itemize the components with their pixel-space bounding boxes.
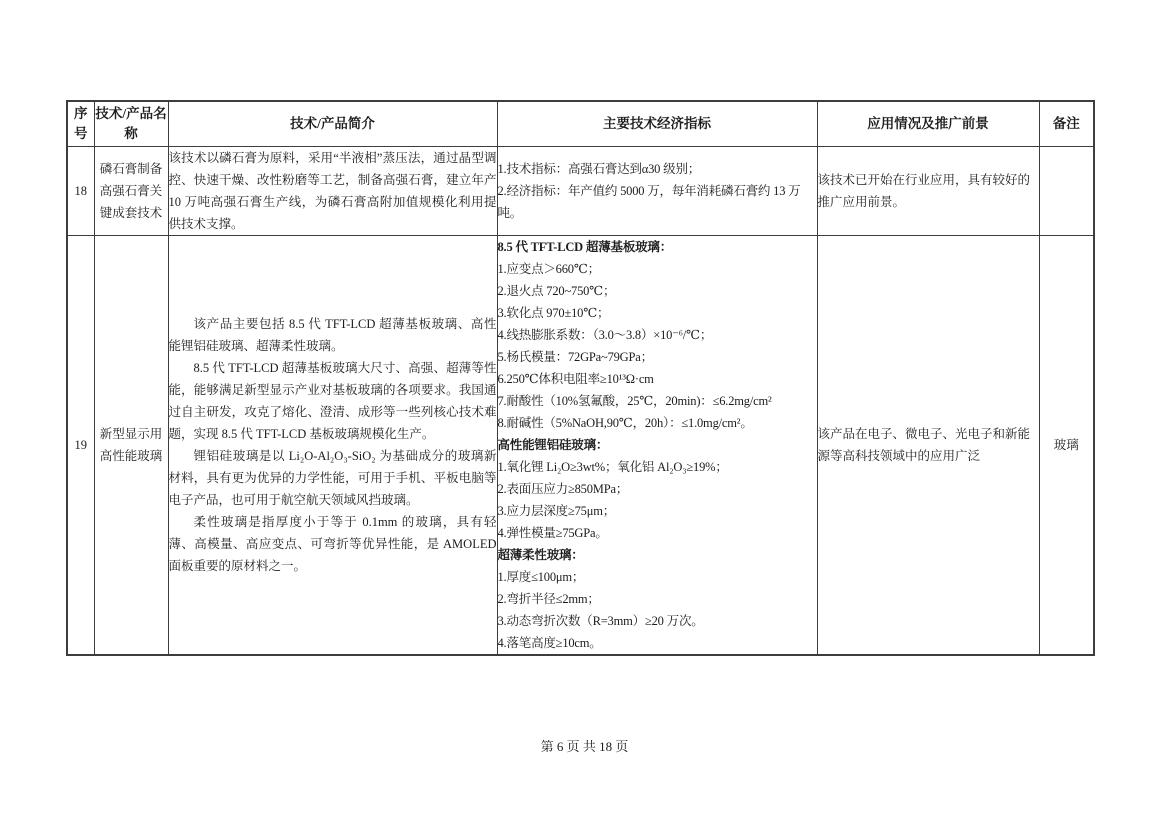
col-header-remark: 备注 xyxy=(1039,101,1094,146)
intro-paragraph: 柔性玻璃是指厚度小于等于 0.1mm 的玻璃，具有轻薄、高模量、高应变点、可弯折… xyxy=(169,511,497,577)
product-indicators: 1.技术指标：高强石膏达到α30 级别； 2.经济指标：年产值约 5000 万，… xyxy=(497,146,817,235)
product-name: 新型显示用高性能玻璃 xyxy=(94,235,168,655)
indicator-section-title: 超薄柔性玻璃： xyxy=(498,544,817,566)
application-text: 该产品在电子、微电子、光电子和新能源等高科技领域中的应用广泛 xyxy=(817,235,1039,655)
indicator-item: 8.耐碱性（5%NaOH,90℃，20h）：≤1.0mg/cm²。 xyxy=(498,412,817,434)
indicator-item: 6.250℃体积电阻率≥10¹³Ω·cm xyxy=(498,368,817,390)
row-no: 19 xyxy=(67,235,94,655)
indicator-section-title: 8.5 代 TFT-LCD 超薄基板玻璃： xyxy=(498,236,817,258)
product-indicators: 8.5 代 TFT-LCD 超薄基板玻璃： 1.应变点＞660℃； 2.退火点 … xyxy=(497,235,817,655)
intro-paragraph: 该产品主要包括 8.5 代 TFT-LCD 超薄基板玻璃、高性能锂铝硅玻璃、超薄… xyxy=(169,313,497,357)
indicator-item: 3.动态弯折次数（R=3mm）≥20 万次。 xyxy=(498,610,817,632)
table-header-row: 序号 技术/产品名称 技术/产品简介 主要技术经济指标 应用情况及推广前景 备注 xyxy=(67,101,1094,146)
indicator-item: 3.应力层深度≥75μm； xyxy=(498,500,817,522)
intro-paragraph: 锂铝硅玻璃是以 Li₂O-Al₂O₃-SiO₂ 为基础成分的玻璃新材料，具有更为… xyxy=(169,445,497,511)
application-text: 该技术已开始在行业应用，具有较好的推广应用前景。 xyxy=(817,146,1039,235)
indicator-item: 1.应变点＞660℃； xyxy=(498,258,817,280)
col-header-name: 技术/产品名称 xyxy=(94,101,168,146)
col-header-indicators: 主要技术经济指标 xyxy=(497,101,817,146)
product-intro: 该产品主要包括 8.5 代 TFT-LCD 超薄基板玻璃、高性能锂铝硅玻璃、超薄… xyxy=(168,235,497,655)
intro-paragraph: 8.5 代 TFT-LCD 超薄基板玻璃大尺寸、高强、超薄等性能，能够满足新型显… xyxy=(169,357,497,445)
indicator-item: 7.耐酸性（10%氢氟酸，25℃，20min)：≤6.2mg/cm² xyxy=(498,390,817,412)
remark: 玻璃 xyxy=(1039,235,1094,655)
indicator-item: 1.厚度≤100μm； xyxy=(498,566,817,588)
indicator-item: 1.技术指标：高强石膏达到α30 级别； xyxy=(498,158,817,180)
indicator-item: 1.氧化锂 Li₂O≥3wt%；氧化铝 Al₂O₃≥19%； xyxy=(498,456,817,478)
product-intro: 该技术以磷石膏为原料，采用“半液相”蒸压法，通过晶型调控、快速干燥、改性粉磨等工… xyxy=(168,146,497,235)
indicator-item: 5.杨氏模量：72GPa~79GPa； xyxy=(498,346,817,368)
page-footer: 第 6 页 共 18 页 xyxy=(0,737,1169,757)
tech-product-table: 序号 技术/产品名称 技术/产品简介 主要技术经济指标 应用情况及推广前景 备注… xyxy=(66,100,1095,656)
indicator-item: 4.弹性模量≥75GPa。 xyxy=(498,522,817,544)
document-page: 序号 技术/产品名称 技术/产品简介 主要技术经济指标 应用情况及推广前景 备注… xyxy=(0,0,1169,826)
indicator-section-title: 高性能锂铝硅玻璃： xyxy=(498,434,817,456)
indicator-item: 2.退火点 720~750℃； xyxy=(498,280,817,302)
indicator-item: 2.表面压应力≥850MPa； xyxy=(498,478,817,500)
indicator-item: 2.经济指标：年产值约 5000 万，每年消耗磷石膏约 13 万吨。 xyxy=(498,180,817,224)
indicator-item: 4.落笔高度≥10cm。 xyxy=(498,632,817,654)
indicator-item: 4.线热膨胀系数：（3.0～3.8）×10⁻⁶/℃； xyxy=(498,324,817,346)
col-header-application: 应用情况及推广前景 xyxy=(817,101,1039,146)
remark xyxy=(1039,146,1094,235)
indicator-item: 3.软化点 970±10℃； xyxy=(498,302,817,324)
col-header-intro: 技术/产品简介 xyxy=(168,101,497,146)
indicator-item: 2.弯折半径≤2mm； xyxy=(498,588,817,610)
product-name: 磷石膏制备高强石膏关键成套技术 xyxy=(94,146,168,235)
row-no: 18 xyxy=(67,146,94,235)
table-row-18: 18 磷石膏制备高强石膏关键成套技术 该技术以磷石膏为原料，采用“半液相”蒸压法… xyxy=(67,146,1094,235)
table-row-19: 19 新型显示用高性能玻璃 该产品主要包括 8.5 代 TFT-LCD 超薄基板… xyxy=(67,235,1094,655)
col-header-no: 序号 xyxy=(67,101,94,146)
